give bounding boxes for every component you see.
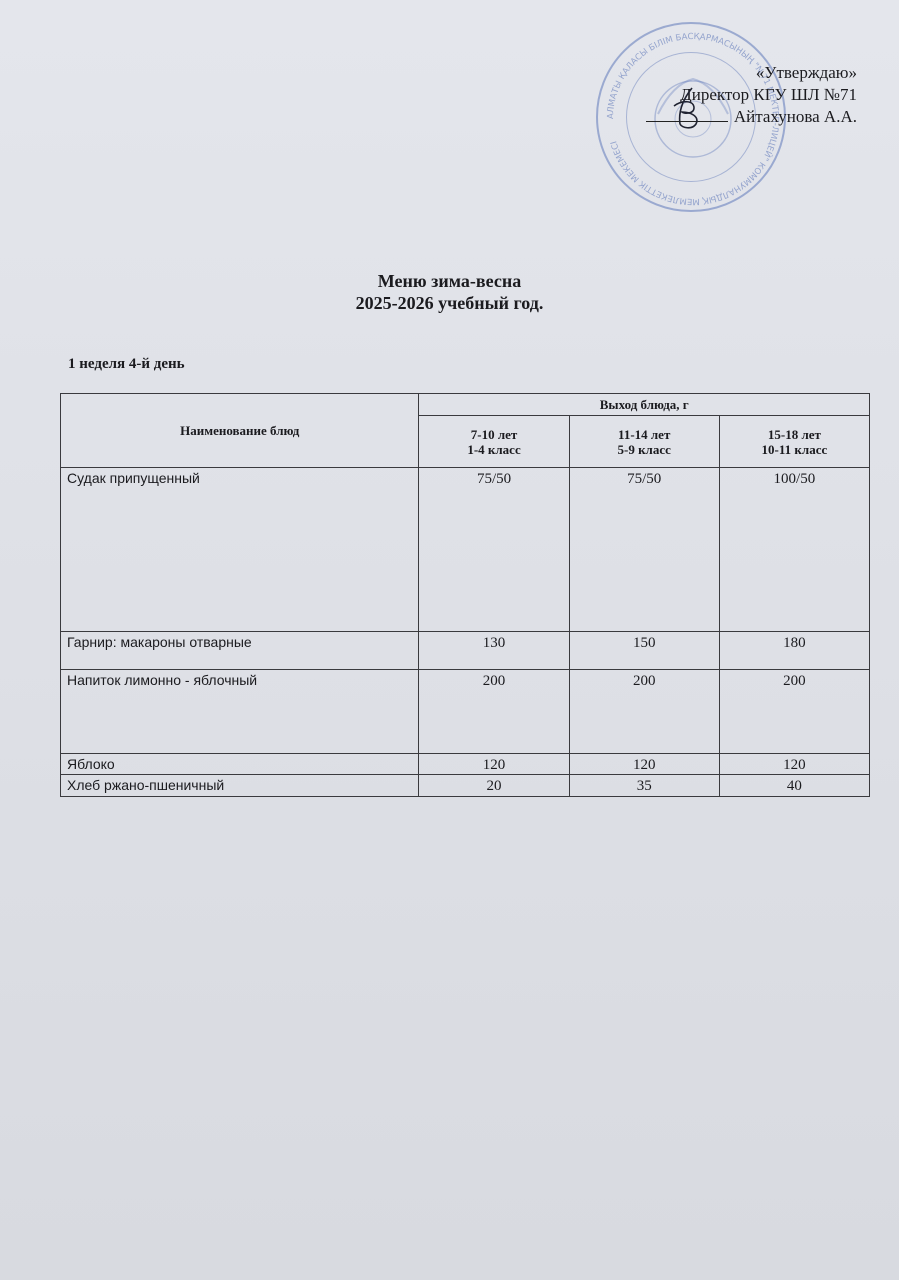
grade-range: 1-4 класс	[419, 442, 568, 457]
header-age-group: 7-10 лет1-4 класс	[419, 416, 569, 468]
portion-value: 40	[719, 775, 869, 797]
portion-value: 20	[419, 775, 569, 797]
portion-value: 200	[719, 670, 869, 754]
portion-value: 130	[419, 632, 569, 670]
table-row: Судак припущенный75/5075/50100/50	[61, 468, 870, 632]
table-row: Напиток лимонно - яблочный200200200	[61, 670, 870, 754]
approval-heading: «Утверждаю»	[646, 62, 857, 84]
dish-name: Напиток лимонно - яблочный	[61, 670, 419, 754]
document-title: Меню зима-весна 2025-2026 учебный год.	[0, 270, 899, 314]
portion-value: 200	[419, 670, 569, 754]
portion-value: 200	[569, 670, 719, 754]
title-line-2: 2025-2026 учебный год.	[0, 292, 899, 314]
header-dish-name: Наименование блюд	[61, 394, 419, 468]
portion-value: 180	[719, 632, 869, 670]
day-label: 1 неделя 4-й день	[68, 356, 185, 373]
title-line-1: Меню зима-весна	[0, 270, 899, 292]
portion-value: 120	[569, 754, 719, 775]
portion-value: 35	[569, 775, 719, 797]
portion-value: 75/50	[569, 468, 719, 632]
table-row: Хлеб ржано-пшеничный203540	[61, 775, 870, 797]
menu-table: Наименование блюд Выход блюда, г 7-10 ле…	[60, 393, 870, 797]
portion-value: 150	[569, 632, 719, 670]
signature-icon	[664, 84, 714, 134]
dish-name: Судак припущенный	[61, 468, 419, 632]
age-range: 15-18 лет	[720, 427, 869, 442]
header-age-group: 11-14 лет5-9 класс	[569, 416, 719, 468]
age-range: 11-14 лет	[570, 427, 719, 442]
header-age-group: 15-18 лет10-11 класс	[719, 416, 869, 468]
grade-range: 5-9 класс	[570, 442, 719, 457]
portion-value: 75/50	[419, 468, 569, 632]
dish-name: Яблоко	[61, 754, 419, 775]
portion-value: 100/50	[719, 468, 869, 632]
header-yield: Выход блюда, г	[419, 394, 870, 416]
age-range: 7-10 лет	[419, 427, 568, 442]
grade-range: 10-11 класс	[720, 442, 869, 457]
dish-name: Хлеб ржано-пшеничный	[61, 775, 419, 797]
table-row: Яблоко120120120	[61, 754, 870, 775]
dish-name: Гарнир: макароны отварные	[61, 632, 419, 670]
portion-value: 120	[719, 754, 869, 775]
portion-value: 120	[419, 754, 569, 775]
table-row: Гарнир: макароны отварные130150180	[61, 632, 870, 670]
